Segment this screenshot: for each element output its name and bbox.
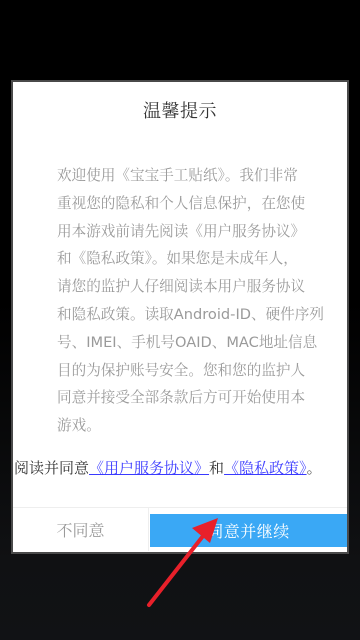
dialog-title: 温馨提示	[13, 101, 347, 123]
body-line: 和《隐私政策》。如果您是未成年人，	[57, 245, 307, 273]
disagree-button[interactable]: 不同意	[13, 508, 149, 551]
privacy-dialog: 温馨提示 欢迎使用《宝宝手工贴纸》。我们非常 重视您的隐私和个人信息保护，在您使…	[11, 80, 349, 554]
body-line: 和隐私政策。读取Android-ID、硬件序列	[57, 301, 307, 329]
body-line: 请您的监护人仔细阅读本用户服务协议	[57, 273, 307, 301]
agreement-row: 阅读并同意《用户服务协议》和《隐私政策》。	[14, 456, 322, 480]
agreement-conjunction: 和	[209, 459, 224, 477]
body-line: 目的为保护账号安全。您和您的监护人	[57, 357, 307, 385]
agreement-prefix: 阅读并同意	[14, 459, 89, 477]
dialog-body: 欢迎使用《宝宝手工贴纸》。我们非常 重视您的隐私和个人信息保护，在您使 用本游戏…	[57, 162, 307, 440]
agree-button[interactable]: 同意并继续	[150, 514, 347, 547]
body-line: 号、IMEI、手机号OAID、MAC地址信息	[57, 329, 307, 357]
body-line: 游戏。	[57, 412, 307, 440]
body-line: 同意并接受全部条款后方可开始使用本	[57, 384, 307, 412]
body-line: 欢迎使用《宝宝手工贴纸》。我们非常	[57, 162, 307, 190]
privacy-policy-link[interactable]: 《隐私政策》	[224, 459, 307, 477]
terms-of-service-link[interactable]: 《用户服务协议》	[89, 459, 209, 477]
dialog-button-row: 不同意 同意并继续	[13, 507, 347, 551]
agreement-suffix: 。	[307, 459, 322, 477]
body-line: 用本游戏前请先阅读《用户服务协议》	[57, 218, 307, 246]
body-line: 重视您的隐私和个人信息保护，在您使	[57, 190, 307, 218]
